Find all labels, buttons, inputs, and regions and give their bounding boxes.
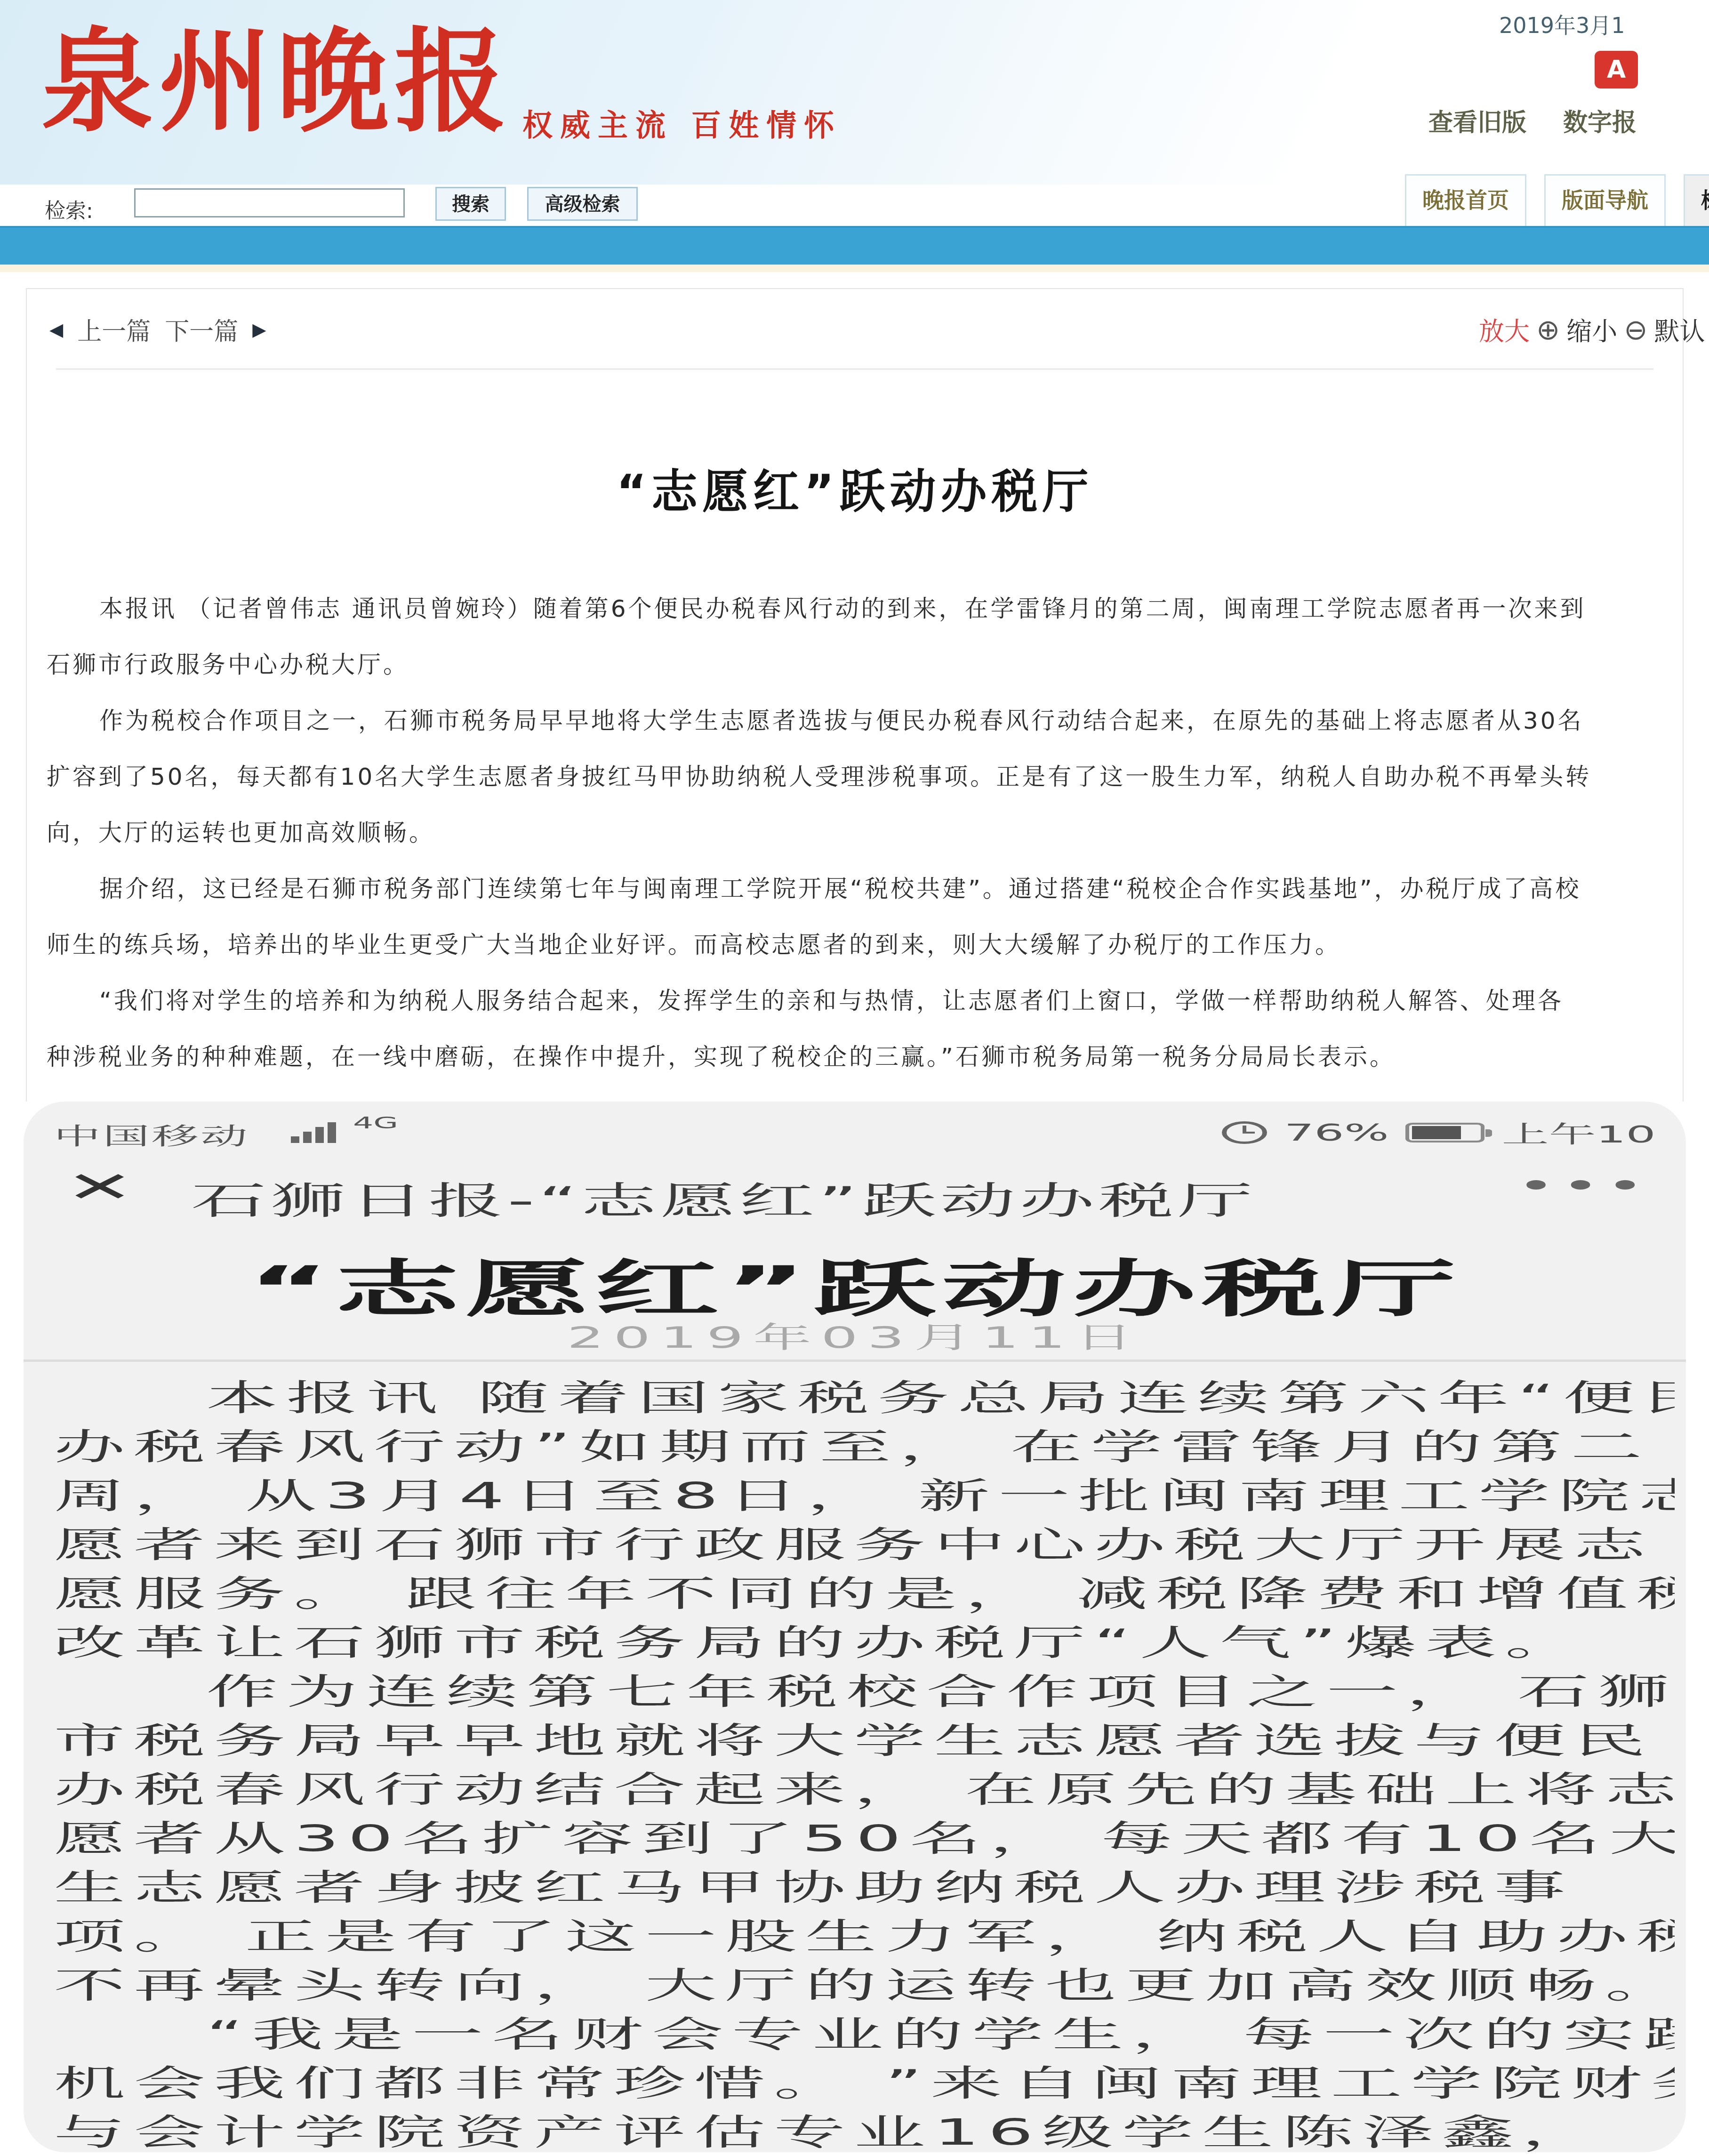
web-body-line: 扩容到了50名，每天都有10名大学生志愿者身披红马甲协助纳税人受理涉税事项。正是… <box>47 749 1664 805</box>
phone-page-title: 石狮日报-“志愿红”跃动办税厅 <box>191 1170 1257 1224</box>
phone-screenshot: 中国移动 4G 76% 上午10 ✕ 石狮日报-“志愿红”跃动办税厅 ••• “… <box>24 1102 1686 2152</box>
web-body-line: 向，大厅的运转也更加高效顺畅。 <box>47 805 1664 861</box>
tab-layout-nav[interactable]: 版面导航 <box>1544 174 1666 226</box>
search-input[interactable] <box>134 188 405 217</box>
network-type-label: 4G <box>353 1114 398 1133</box>
newspaper-slogan: 权威主流 百姓情怀 <box>522 101 842 145</box>
zoom-out-icon[interactable]: ⊖ <box>1624 314 1647 346</box>
toolbar-divider <box>56 368 1653 370</box>
phone-body-line: 改革让石狮市税务局的办税厅“人气”爆表。 <box>54 1618 1675 1667</box>
phone-body-line: 项。 正是有了这一股生力军， 纳税人自助办税 <box>54 1912 1675 1961</box>
phone-body-line: 市税务局早早地就将大学生志愿者选拔与便民 <box>54 1716 1675 1765</box>
phone-body-line: 愿者从30名扩容到了50名， 每天都有10名大学 <box>54 1814 1675 1863</box>
carrier-label: 中国移动 <box>54 1118 249 1151</box>
phone-body-line: 作为连续第七年税校合作项目之一， 石狮 <box>54 1667 1675 1716</box>
tab-paper-home[interactable]: 晚报首页 <box>1405 174 1526 226</box>
web-article-title: “志愿红”跃动办税厅 <box>27 455 1683 521</box>
web-article-body: 本报讯 （记者曾伟志 通讯员曾婉玲）随着第6个便民办税春风行动的到来，在学雷锋月… <box>47 581 1664 1085</box>
phone-divider <box>24 1360 1686 1362</box>
divider-strip <box>0 265 1709 272</box>
masthead-links: 查看旧版 数字报 <box>1428 103 1637 138</box>
masthead-date: 2019年3月1 <box>1499 8 1709 40</box>
phone-article-date: 2019年03月11日 <box>24 1314 1686 1356</box>
prev-arrow-icon[interactable]: ◀ <box>49 319 63 340</box>
phone-body-line: 本报讯 随着国家税务总局连续第六年“便民 <box>54 1374 1675 1423</box>
phone-body-line: “我是一名财会专业的学生， 每一次的实践 <box>54 2010 1675 2059</box>
old-version-link[interactable]: 查看旧版 <box>1428 103 1526 138</box>
next-article-link[interactable]: 下一篇 <box>165 312 238 347</box>
next-arrow-icon[interactable]: ▶ <box>252 319 266 340</box>
close-icon[interactable]: ✕ <box>65 1166 134 1208</box>
article-panel: ◀ 上一篇 下一篇 ▶ 放大 ⊕ 缩小 ⊖ 默认 “志愿红”跃动办税厅 本报讯 … <box>26 288 1684 1102</box>
zoom-in-button[interactable]: 放大 <box>1479 312 1530 348</box>
page: 泉州晚报 权威主流 百姓情怀 2019年3月1 A 查看旧版 数字报 检索: 搜… <box>0 0 1709 2156</box>
search-button[interactable]: 搜索 <box>435 187 506 221</box>
default-size-button[interactable]: 默认 <box>1654 312 1705 348</box>
zoom-in-icon[interactable]: ⊕ <box>1536 314 1560 346</box>
alarm-clock-icon <box>1222 1121 1267 1144</box>
masthead: 泉州晚报 权威主流 百姓情怀 2019年3月1 A 查看旧版 数字报 <box>0 0 1709 185</box>
web-body-line: 师生的练兵场，培养出的毕业生更受广大当地企业好评。而高校志愿者的到来，则大大缓解… <box>47 917 1664 973</box>
phone-body-line: 机会我们都非常珍惜。 ”来自闽南理工学院财务 <box>54 2059 1675 2108</box>
web-body-line: 石狮市行政服务中心办税大厅。 <box>47 637 1664 693</box>
advanced-search-button[interactable]: 高级检索 <box>527 187 638 221</box>
phone-body-line: 愿者来到石狮市行政服务中心办税大厅开展志 <box>54 1520 1675 1569</box>
phone-nav-bar: ✕ 石狮日报-“志愿红”跃动办税厅 ••• <box>52 1158 1658 1224</box>
digital-paper-link[interactable]: 数字报 <box>1563 103 1637 138</box>
prev-article-link[interactable]: 上一篇 <box>77 312 151 347</box>
signal-bars-icon <box>291 1122 336 1143</box>
phone-body-line: 生志愿者身披红马甲协助纳税人办理涉税事 <box>54 1863 1675 1912</box>
phone-content: 中国移动 4G 76% 上午10 ✕ 石狮日报-“志愿红”跃动办税厅 ••• “… <box>24 1102 1686 2152</box>
phone-body-line: 愿服务。 跟往年不同的是， 减税降费和增值税 <box>54 1569 1675 1618</box>
zoom-out-button[interactable]: 缩小 <box>1566 312 1617 348</box>
phone-body-line: 与会计学院资产评估专业16级学生陈泽鑫， <box>54 2108 1675 2152</box>
phone-body-line: 不再晕头转向， 大厅的运转也更加高效顺畅。 <box>54 1961 1675 2010</box>
web-body-line: 作为税校合作项目之一，石狮市税务局早早地将大学生志愿者选拔与便民办税春风行动结合… <box>47 693 1664 749</box>
phone-body-line: 周， 从3月4日至8日， 新一批闽南理工学院志 <box>54 1472 1675 1520</box>
font-size-controls: 放大 ⊕ 缩小 ⊖ 默认 <box>1479 312 1705 348</box>
battery-icon <box>1406 1123 1485 1142</box>
article-pager: ◀ 上一篇 下一篇 ▶ <box>49 312 266 347</box>
phone-article-body: 本报讯 随着国家税务总局连续第六年“便民 办税春风行动”如期而至， 在学雷锋月的… <box>54 1374 1675 2152</box>
web-body-line: 种涉税业务的种种难题，在一线中磨砺，在操作中提升，实现了税校企的三赢。”石狮市税… <box>47 1029 1664 1085</box>
status-right-group: 76% 上午10 <box>1222 1116 1656 1150</box>
tab-title-nav[interactable]: 标题导航 <box>1684 174 1709 226</box>
main-nav-bar[interactable] <box>0 226 1709 266</box>
web-body-line: “我们将对学生的培养和为纳税人服务结合起来，发挥学生的亲和与热情，让志愿者们上窗… <box>47 973 1664 1029</box>
search-label: 检索: <box>45 194 93 224</box>
phone-status-bar: 中国移动 4G 76% 上午10 <box>54 1114 1656 1148</box>
phone-body-line: 办税春风行动结合起来， 在原先的基础上将志 <box>54 1765 1675 1814</box>
web-body-line: 据介绍，这已经是石狮市税务部门连续第七年与闽南理工学院开展“税校共建”。通过搭建… <box>47 861 1664 917</box>
battery-percent-label: 76% <box>1284 1119 1388 1146</box>
web-body-line: 本报讯 （记者曾伟志 通讯员曾婉玲）随着第6个便民办税春风行动的到来，在学雷锋月… <box>47 581 1664 637</box>
phone-body-line: 办税春风行动”如期而至， 在学雷锋月的第二 <box>54 1423 1675 1472</box>
app-badge-icon[interactable]: A <box>1595 51 1638 88</box>
newspaper-logo[interactable]: 泉州晚报 <box>41 26 512 138</box>
time-label: 上午10 <box>1502 1116 1656 1150</box>
more-menu-icon[interactable]: ••• <box>1516 1166 1650 1205</box>
quick-tabs: 晚报首页 版面导航 标题导航 <box>1405 174 1709 226</box>
